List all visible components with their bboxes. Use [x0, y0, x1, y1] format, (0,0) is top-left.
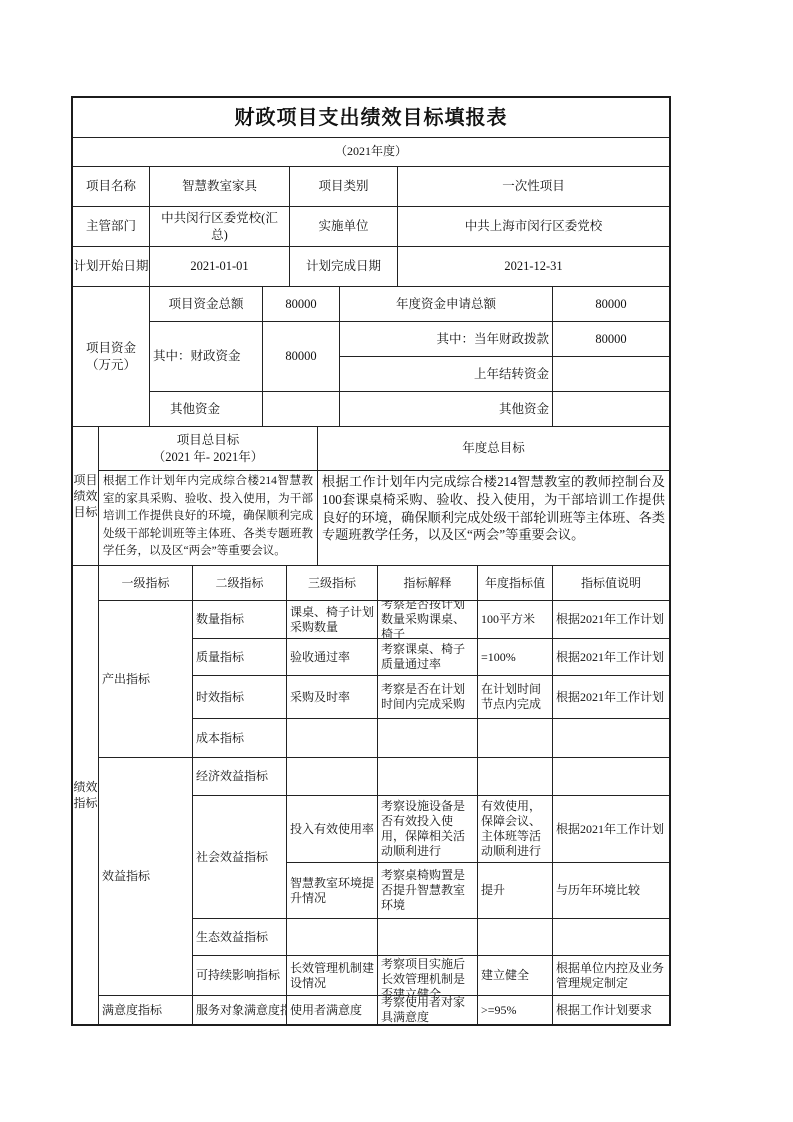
- ind-note-quantity: 根据2021年工作计划: [553, 601, 669, 639]
- funds-section: 项目资金（万元） 项目资金总额 80000 年度资金申请总额 80000 其中：…: [73, 287, 669, 427]
- annual-goal-text: 根据工作计划年内完成综合楼214智慧教室的教师控制台及100套课桌椅采购、验收、…: [318, 471, 669, 566]
- start-date-value: 2021-01-01: [150, 247, 290, 287]
- funds-section-label: 项目资金（万元）: [73, 287, 150, 427]
- goals-section: 项目绩效目标 项目总目标 （2021 年- 2021年） 年度总目标 根据工作计…: [73, 427, 669, 566]
- other-funds-right-value: [553, 392, 669, 427]
- ind-l3-ecological: [287, 919, 378, 956]
- ind-explain-economic: [378, 758, 478, 796]
- ind-note-timeliness: 根据2021年工作计划: [553, 676, 669, 719]
- overall-goal-title: 项目总目标: [177, 432, 240, 448]
- header-level3: 三级指标: [287, 566, 378, 601]
- header-value-note: 指标值说明: [553, 566, 669, 601]
- impl-unit-value: 中共上海市闵行区委党校: [398, 207, 669, 247]
- ind-explain-timeliness: 考察是否在计划时间内完成采购: [378, 676, 478, 719]
- overall-goal-text: 根据工作计划年内完成综合楼214智慧教室的家具采购、验收、投入使用，为干部培训工…: [99, 471, 318, 566]
- funds-section-label-text: 项目资金（万元）: [83, 340, 139, 373]
- fiscal-funds-label: 其中：财政资金: [150, 322, 263, 392]
- ind-l3-timeliness: 采购及时率: [287, 676, 378, 719]
- fiscal-funds-value: 80000: [263, 322, 340, 392]
- ind-explain-quantity: 考察是否按计划数量采购课桌、椅子: [378, 601, 478, 639]
- ind-explain-cost: [378, 719, 478, 758]
- annual-apply-value: 80000: [553, 287, 669, 322]
- ind-l2-social: 社会效益指标: [193, 796, 287, 919]
- project-name-value: 智慧教室家具: [150, 167, 290, 207]
- performance-target-form: 财政项目支出绩效目标填报表 （2021年度） 项目名称 智慧教室家具 项目类别 …: [71, 96, 671, 1026]
- dept-value: 中共闵行区委党校(汇总): [150, 207, 290, 247]
- ind-note-effective-use: 根据2021年工作计划: [553, 796, 669, 863]
- form-year-subtitle: （2021年度）: [73, 138, 669, 167]
- ind-value-satisfaction: >=95%: [478, 996, 553, 1024]
- ind-explain-satisfaction: 考察使用者对家具满意度: [378, 996, 478, 1024]
- indicators-section: 绩效指标 一级指标 二级指标 三级指标 指标解释 年度指标值 指标值说明 产出指…: [73, 566, 669, 1024]
- overall-goal-header: 项目总目标 （2021 年- 2021年）: [99, 427, 318, 471]
- ind-l3-cost: [287, 719, 378, 758]
- ind-l2-sustainable: 可持续影响指标: [193, 956, 287, 996]
- project-info-section: 项目名称 智慧教室家具 项目类别 一次性项目 主管部门 中共闵行区委党校(汇总)…: [73, 167, 669, 287]
- ind-explain-env-improve: 考察桌椅购置是否提升智慧教室环境: [378, 863, 478, 919]
- ind-note-economic: [553, 758, 669, 796]
- impl-unit-label: 实施单位: [290, 207, 398, 247]
- ind-l3-effective-use: 投入有效使用率: [287, 796, 378, 863]
- page: { "form": { "title": "财政项目支出绩效目标填报表", "s…: [0, 0, 793, 1122]
- ind-value-env-improve: 提升: [478, 863, 553, 919]
- ind-l2-quantity: 数量指标: [193, 601, 287, 639]
- carryover-label: 上年结转资金: [340, 357, 553, 392]
- header-explain: 指标解释: [378, 566, 478, 601]
- funds-total-value: 80000: [263, 287, 340, 322]
- indicators-section-label: 绩效指标: [73, 566, 99, 1024]
- header-annual-value: 年度指标值: [478, 566, 553, 601]
- ind-note-cost: [553, 719, 669, 758]
- header-level2: 二级指标: [193, 566, 287, 601]
- ind-explain-quality: 考察课桌、椅子质量通过率: [378, 639, 478, 676]
- ind-l1-output: 产出指标: [99, 601, 193, 758]
- current-alloc-value: 80000: [553, 322, 669, 357]
- ind-value-quantity: 100平方米: [478, 601, 553, 639]
- ind-value-sustainable: 建立健全: [478, 956, 553, 996]
- ind-l3-quality: 验收通过率: [287, 639, 378, 676]
- project-type-label: 项目类别: [290, 167, 398, 207]
- ind-l1-benefit: 效益指标: [99, 758, 193, 996]
- other-funds-right-label: 其他资金: [340, 392, 553, 427]
- carryover-value: [553, 357, 669, 392]
- end-date-value: 2021-12-31: [398, 247, 669, 287]
- ind-note-sustainable: 根据单位内控及业务管理规定制定: [553, 956, 669, 996]
- overall-goal-range: （2021 年- 2021年）: [153, 449, 263, 465]
- end-date-label: 计划完成日期: [290, 247, 398, 287]
- current-alloc-label: 其中：当年财政拨款: [340, 322, 553, 357]
- project-type-value: 一次性项目: [398, 167, 669, 207]
- goals-section-label: 项目绩效目标: [73, 427, 99, 566]
- ind-value-cost: [478, 719, 553, 758]
- form-title: 财政项目支出绩效目标填报表: [73, 98, 669, 138]
- ind-value-quality: =100%: [478, 639, 553, 676]
- ind-note-satisfaction: 根据工作计划要求: [553, 996, 669, 1024]
- start-date-label: 计划开始日期: [73, 247, 150, 287]
- ind-l3-env-improve: 智慧教室环境提升情况: [287, 863, 378, 919]
- ind-l3-economic: [287, 758, 378, 796]
- project-name-label: 项目名称: [73, 167, 150, 207]
- other-funds-left-label: 其他资金: [150, 392, 263, 427]
- title-section: 财政项目支出绩效目标填报表: [73, 98, 669, 138]
- ind-explain-sustainable: 考察项目实施后长效管理机制是否建立健全: [378, 956, 478, 996]
- ind-note-ecological: [553, 919, 669, 956]
- ind-value-timeliness: 在计划时间节点内完成: [478, 676, 553, 719]
- ind-l2-cost: 成本指标: [193, 719, 287, 758]
- subtitle-section: （2021年度）: [73, 138, 669, 167]
- annual-apply-label: 年度资金申请总额: [340, 287, 553, 322]
- ind-explain-effective-use: 考察设施设备是否有效投入使用，保障相关活动顺利进行: [378, 796, 478, 863]
- ind-explain-ecological: [378, 919, 478, 956]
- ind-note-quality: 根据2021年工作计划: [553, 639, 669, 676]
- ind-l3-sustainable: 长效管理机制建设情况: [287, 956, 378, 996]
- ind-value-ecological: [478, 919, 553, 956]
- funds-total-label: 项目资金总额: [150, 287, 263, 322]
- annual-goal-header: 年度总目标: [318, 427, 669, 471]
- ind-l2-economic: 经济效益指标: [193, 758, 287, 796]
- ind-note-env-improve: 与历年环境比较: [553, 863, 669, 919]
- ind-l1-satisfaction: 满意度指标: [99, 996, 193, 1024]
- ind-value-economic: [478, 758, 553, 796]
- ind-value-effective-use: 有效使用，保障会议、主体班等活动顺利进行: [478, 796, 553, 863]
- ind-l3-satisfaction: 使用者满意度: [287, 996, 378, 1024]
- ind-l3-quantity: 课桌、椅子计划采购数量: [287, 601, 378, 639]
- ind-l2-quality: 质量指标: [193, 639, 287, 676]
- ind-l2-timeliness: 时效指标: [193, 676, 287, 719]
- other-funds-left-value: [263, 392, 340, 427]
- ind-l2-satisfaction: 服务对象满意度指标: [193, 996, 287, 1024]
- ind-l2-ecological: 生态效益指标: [193, 919, 287, 956]
- dept-label: 主管部门: [73, 207, 150, 247]
- header-level1: 一级指标: [99, 566, 193, 601]
